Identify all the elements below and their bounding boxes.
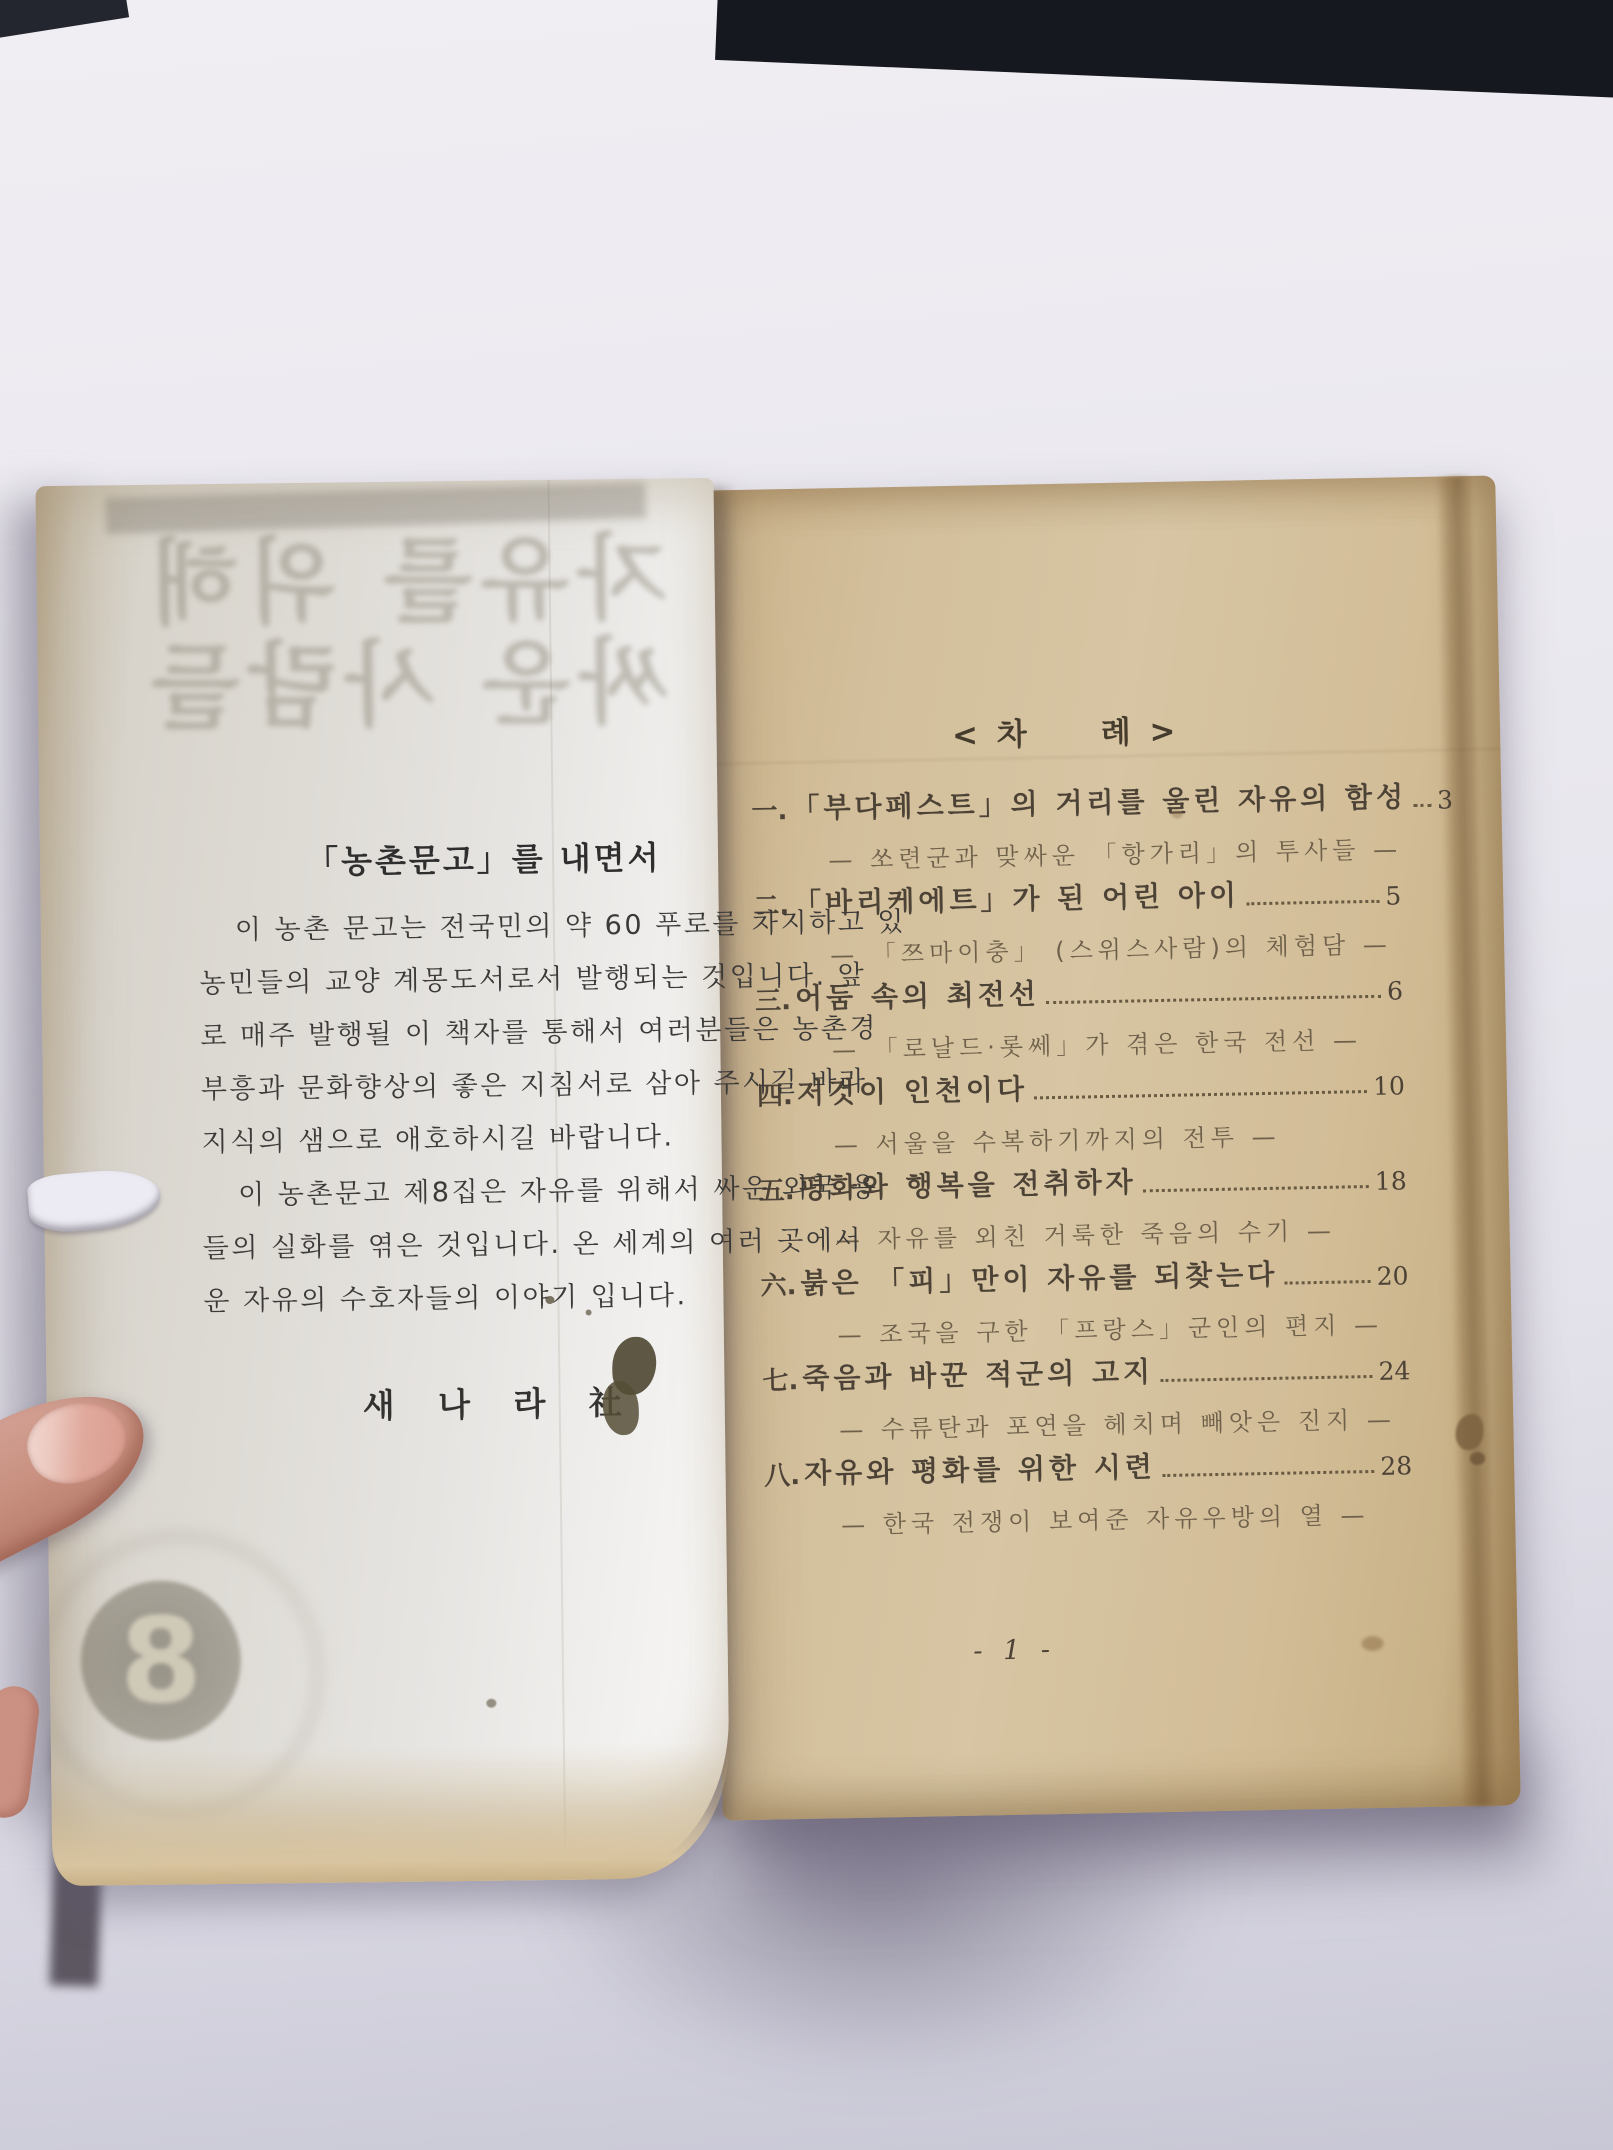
- toc-title: < 차 례 >: [952, 706, 1143, 755]
- preface-line: 이 농촌문고 제8집은 자유를 위해서 싸운 외국 용: [202, 1163, 743, 1223]
- toc-leader-dots: [1143, 1185, 1369, 1192]
- preface-line: 들의 실화를 엮은 것입니다. 온 세계의 여러 곳에서: [202, 1216, 743, 1276]
- toc-entry-number: 一.: [751, 790, 792, 828]
- publisher-name: 새 나 라 社: [362, 1377, 638, 1427]
- toc-entry: 七. 죽음과 바꾼 적군의 고지 24 — 수류탄과 포연을 헤치며 빼앗은 진…: [762, 1345, 1412, 1449]
- toc-entry: 一. 「부다페스트」의 거리를 울린 자유의 함성 3 — 쏘련군과 맞싸운 「…: [751, 775, 1401, 879]
- preface-line: 지식의 샘으로 애호하시길 바랍니다.: [201, 1110, 742, 1170]
- toc-leader-dots: [1246, 900, 1379, 906]
- toc-entry-subtitle: — 서울을 수복하기까지의 전투 —: [834, 1114, 1407, 1160]
- preface-line: 부흥과 문화향상의 좋은 지침서로 삼아 주시길 바라: [201, 1057, 742, 1117]
- ink-speck: [545, 1296, 554, 1304]
- toc-entry-subtitle: — 수류탄과 포연을 헤치며 빼앗은 진지 —: [839, 1399, 1412, 1445]
- toc-page-number: 5: [1385, 881, 1401, 910]
- paper-tear: [26, 1166, 162, 1235]
- dark-background-object: [715, 0, 1613, 101]
- toc-leader-dots: [1046, 995, 1381, 1004]
- ink-speck: [586, 1309, 592, 1315]
- toc-entry-subtitle: — 자유를 외친 거룩한 죽음의 수기 —: [835, 1209, 1408, 1255]
- toc-entry-number: 八.: [764, 1455, 805, 1493]
- toc-page-number: 10: [1373, 1071, 1405, 1101]
- page-edge-crease: [1435, 476, 1497, 1806]
- toc-entry-subtitle: — 「쯔마이충」 (스위스사람)의 체험담 —: [830, 924, 1403, 970]
- toc-page-number: 3: [1437, 785, 1453, 814]
- photo-of-open-book: < 차 례 > 一. 「부다페스트」의 거리를 울린 자유의 함성 3 — 쏘련…: [0, 0, 1613, 2150]
- showthrough-title-line2: 싸운 사람들: [107, 630, 668, 741]
- toc-entry-subtitle: — 「로날드·롯쎄」가 겪은 한국 전선 —: [832, 1019, 1405, 1065]
- volume-number: 8: [119, 1591, 203, 1730]
- toc-entry-subtitle: — 조국을 구한 「프랑스」군인의 편지 —: [837, 1304, 1410, 1350]
- toc-entry-title: 자유와 평화를 위한 시련: [804, 1445, 1156, 1492]
- preface-line: 로 매주 발행될 이 책자를 통해서 여러분들은 농촌경: [200, 1004, 741, 1064]
- toc-entry-subtitle: — 한국 전쟁이 보여준 자유우방의 열 —: [841, 1494, 1414, 1540]
- toc-entry-title: 죽음과 바꾼 적군의 고지: [802, 1350, 1154, 1397]
- page-bottom-curl: [51, 1743, 731, 1886]
- folio-page-number: - 1 -: [939, 1633, 1090, 1667]
- toc-entry-subtitle: — 쏘련군과 맞싸운 「항가리」의 투사들 —: [828, 829, 1401, 875]
- toc-leader-dots: [1413, 804, 1431, 807]
- toc-entry-title: 붉은 「피」만이 자유를 되찾는다: [800, 1253, 1279, 1302]
- toc-entry-number: 六.: [760, 1265, 801, 1303]
- preface-heading: 「농촌문고」를 내면서: [306, 833, 662, 883]
- toc-leader-dots: [1162, 1470, 1374, 1477]
- preface-line: 운 자유의 수호자들의 이야기 입니다.: [203, 1269, 744, 1329]
- preface-body: 이 농촌 문고는 전국민의 약 60 푸로를 차지하고 있 농민들의 교양 계몽…: [199, 898, 744, 1329]
- showthrough-cover-title: 자유를 위해 싸운 사람들: [106, 526, 668, 741]
- preface-line: 이 농촌 문고는 전국민의 약 60 푸로를 차지하고 있: [199, 898, 740, 958]
- ink-stain: [602, 1337, 661, 1438]
- toc-page-number: 18: [1375, 1166, 1407, 1196]
- toc-page-number: 20: [1376, 1261, 1408, 1291]
- toc-leader-dots: [1160, 1375, 1372, 1382]
- showthrough-title-line1: 자유를 위해: [106, 526, 667, 637]
- toc-entry: 八. 자유와 평화를 위한 시련 28 — 한국 전쟁이 보여준 자유우방의 열…: [764, 1440, 1414, 1544]
- toc-entry: 六. 붉은 「피」만이 자유를 되찾는다 20 — 조국을 구한 「프랑스」군인…: [760, 1250, 1410, 1354]
- toc-entry-title: 「부다페스트」의 거리를 울린 자유의 함성: [791, 775, 1407, 827]
- ink-speck: [486, 1699, 496, 1708]
- toc-page-number: 6: [1387, 976, 1403, 1005]
- left-page: 자유를 위해 싸운 사람들 「농촌문고」를 내면서 이 농촌 문고는 전국민의 …: [35, 478, 730, 1886]
- dark-corner-object: [0, 0, 129, 42]
- toc-page-number: 28: [1380, 1451, 1412, 1481]
- preface-line: 농민들의 교양 계몽도서로서 발행되는 것입니다. 앞: [199, 951, 740, 1011]
- right-page: < 차 례 > 一. 「부다페스트」의 거리를 울린 자유의 함성 3 — 쏘련…: [697, 475, 1520, 1820]
- toc-leader-dots: [1284, 1280, 1370, 1285]
- paper-stain: [1361, 1636, 1383, 1651]
- toc-entry-number: 七.: [762, 1360, 803, 1398]
- toc-leader-dots: [1034, 1090, 1367, 1099]
- toc-page-number: 24: [1378, 1356, 1410, 1386]
